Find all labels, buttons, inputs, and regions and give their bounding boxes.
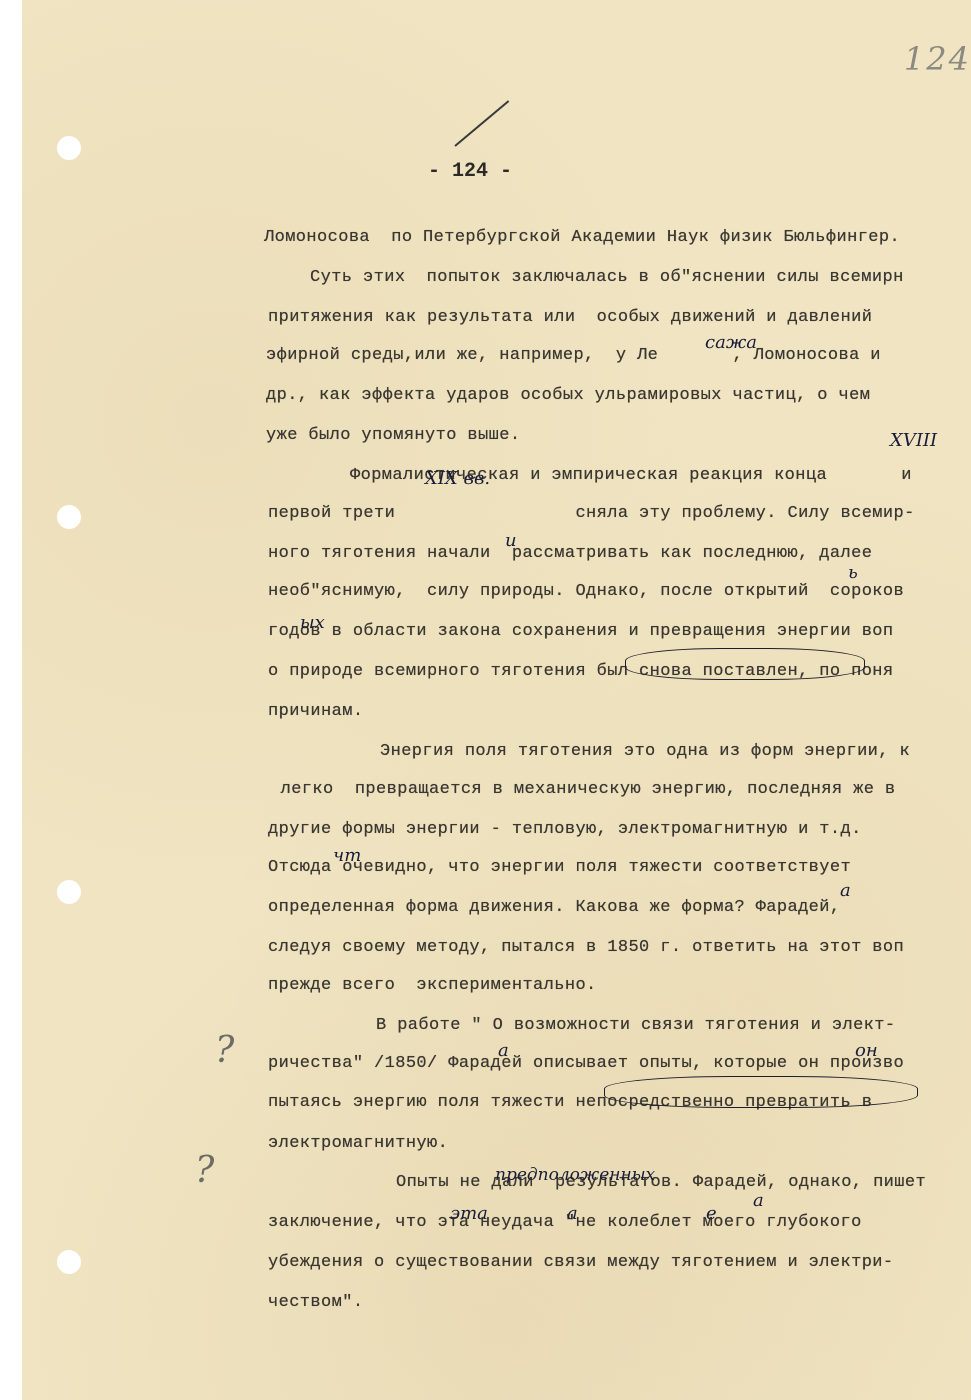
handwritten-insertion: предположенных [495, 1165, 655, 1185]
punch-hole [57, 136, 81, 160]
typed-line: эфирной среды,или же, например, у Ле , Л… [266, 346, 881, 365]
handwritten-correction: а [753, 1190, 764, 1211]
typed-line: др., как эффекта ударов особых ульрамиро… [266, 386, 870, 405]
typed-line: уже было упомянуто выше. [266, 426, 520, 445]
handwritten-correction: XIX вв. [425, 468, 490, 489]
typed-line: убеждения о существовании связи между тя… [268, 1253, 894, 1272]
punch-hole [57, 880, 81, 904]
typed-line: Суть этих попыток заключалась в об"яснен… [310, 268, 904, 287]
handwritten-correction: е [706, 1203, 717, 1224]
handwritten-correction: а [567, 1203, 578, 1224]
typed-line: первой трети сняла эту проблему. Силу вс… [268, 504, 915, 523]
typed-line: определенная форма движения. Какова же ф… [268, 898, 841, 917]
typed-line: ного тяготения начали рассматривать как … [268, 544, 872, 563]
page-number: - 124 - [428, 160, 512, 183]
typed-line: чеством". [268, 1293, 363, 1312]
typed-line: заключение, что эта неудача "не колеблет… [268, 1213, 862, 1232]
typed-line: необ"яснимую, силу природы. Однако, посл… [268, 582, 904, 601]
margin-question-mark: ? [215, 1030, 234, 1071]
circled-phrase [604, 1076, 918, 1108]
handwritten-correction: и [505, 530, 517, 551]
margin-question-mark: ? [195, 1150, 214, 1191]
handwritten-correction: чт [333, 845, 361, 866]
typed-line: ричества" /1850/ Фарадей описывает опыты… [268, 1054, 904, 1073]
typed-line: Опыты не дали результатов. Фарадей, одна… [396, 1173, 926, 1192]
typed-line: электромагнитную. [268, 1134, 448, 1153]
circled-phrase [625, 648, 865, 680]
handwritten-correction: XVIII [890, 430, 937, 451]
handwritten-correction: он [855, 1040, 878, 1061]
typed-line: В работе " О возможности связи тяготения… [376, 1016, 895, 1035]
typed-line: притяжения как результата или особых дви… [268, 308, 872, 327]
handwritten-correction: сажа [705, 332, 757, 353]
handwritten-correction: а [498, 1040, 509, 1061]
typed-line: другие формы энергии - тепловую, электро… [268, 820, 862, 839]
handwritten-correction: а [840, 880, 851, 901]
typed-line: Энергия поля тяготения это одна из форм … [380, 742, 910, 761]
punch-hole [57, 505, 81, 529]
punch-hole [57, 1250, 81, 1274]
handwritten-correction: эта [450, 1203, 488, 1224]
typed-line: легко превращается в механическую энерги… [270, 780, 896, 799]
typed-line: прежде всего экспериментально. [268, 976, 597, 995]
typed-line: Ломоносова по Петербургской Академии Нау… [264, 228, 900, 247]
handwritten-correction: ых [300, 612, 325, 633]
typed-line: причинам. [268, 702, 363, 721]
archive-page-number: 124 [904, 40, 971, 78]
typed-line: следуя своему методу, пытался в 1850 г. … [268, 938, 904, 957]
handwritten-correction: ь [848, 562, 858, 583]
typed-line: годов в области закона сохранения и прев… [268, 622, 894, 641]
